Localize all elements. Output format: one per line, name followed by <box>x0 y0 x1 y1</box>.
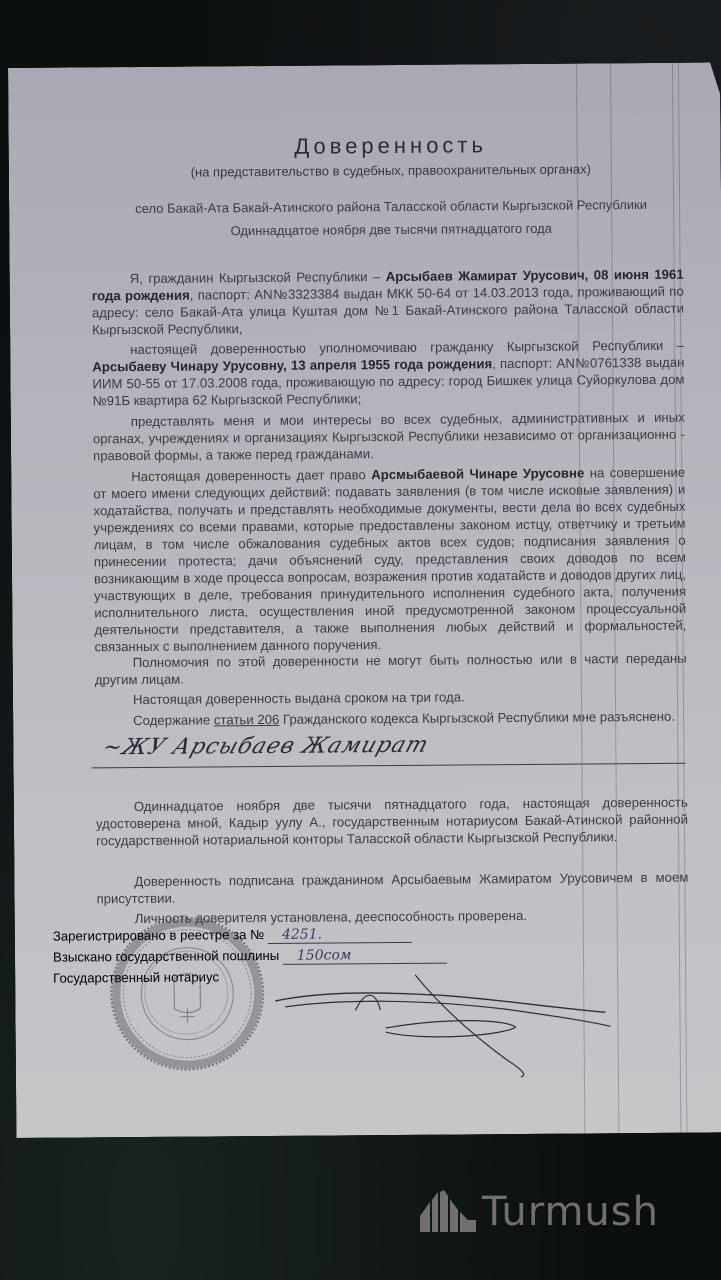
paragraph-attorney: настоящей доверенностью уполномочиваю гр… <box>92 337 685 410</box>
paragraph-no-transfer: Полномочия по этой доверенности не могут… <box>95 650 687 689</box>
document-place: село Бакай-Ата Бакай-Атинского района Та… <box>91 196 691 218</box>
document-page: Доверенность (на представительство в суд… <box>8 62 721 1138</box>
paragraph-powers: Настоящая доверенность дает право Арсмыб… <box>93 464 686 656</box>
document-title: Доверенность <box>91 135 691 157</box>
registry-number-value: 4251. <box>268 926 412 944</box>
paragraph-signed-presence: Доверенность подписана гражданином Арсыб… <box>96 869 688 908</box>
notary-label: Государственный нотариус <box>53 969 219 985</box>
paragraph-article: Содержание статьи 206 Гражданского кодек… <box>95 708 687 730</box>
house-stripes-icon <box>420 1190 476 1232</box>
attorney-name: Арсмыбаевой Чинаре Урусовне <box>371 465 584 482</box>
text: Настоящая доверенность дает право <box>131 467 371 484</box>
fee-value: 150сом <box>283 947 447 965</box>
article-reference: статьи 206 <box>214 712 280 728</box>
text: Содержание <box>133 712 214 728</box>
paragraph-principal: Я, гражданин Кыргызской Республики – Арс… <box>92 266 685 339</box>
logo-text: Turmush <box>482 1192 659 1232</box>
signature-line <box>91 763 685 769</box>
text: Гражданского кодекса Кыргызской Республи… <box>279 709 675 727</box>
text: на совершение от моего имени следующих д… <box>93 465 686 655</box>
turmush-watermark-logo: Turmush <box>420 1184 659 1232</box>
registry-number-label: Зарегистрировано в реестре за № <box>53 927 265 944</box>
paragraph-certification: Одиннадцатое ноября две тысячи пятнадцат… <box>96 794 688 850</box>
fee-label: Взыскано государственной пошлины <box>53 948 279 965</box>
principal-signature: ~ЖУ Арсыбаев Жамират <box>101 737 431 757</box>
text: Я, гражданин Кыргызской Республики – <box>130 269 386 286</box>
notary-signature-icon <box>265 968 616 1091</box>
text: настоящей доверенностью уполномочиваю гр… <box>130 338 684 357</box>
attorney-name: Арсыбаеву Чинару Урусовну, 13 апреля 195… <box>92 356 492 374</box>
document-date: Одиннадцатое ноября две тысячи пятнадцат… <box>91 219 691 241</box>
paragraph-term: Настоящая доверенность выдана сроком на … <box>95 687 687 709</box>
paragraph-scope: представлять меня и мои интересы во всех… <box>93 409 685 465</box>
document-subtitle: (на представительство в судебных, правоо… <box>91 160 691 182</box>
